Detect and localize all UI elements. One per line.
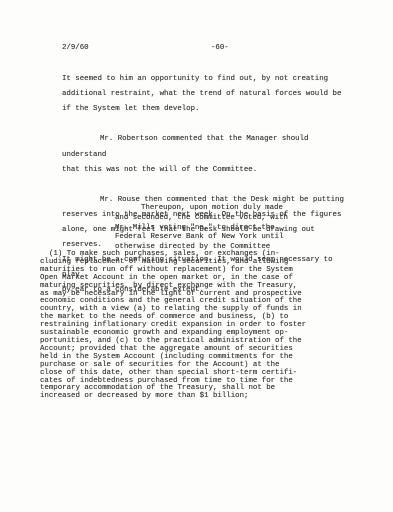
scanned-document-page: 2/9/60 -60- It seemed to him an opportun… xyxy=(0,0,393,512)
paragraph-robertson-comment: Mr. Robertson commented that the Manager… xyxy=(62,132,350,177)
document-date: 2/9/60 xyxy=(62,44,89,52)
committee-motion-text: Thereupon, upon motion duly made and sec… xyxy=(115,204,305,253)
directive-clause-1: (1) To make such purchases, sales, or ex… xyxy=(40,251,332,401)
paragraph-continuation: It seemed to him an opportunity to find … xyxy=(62,72,350,117)
page-number: -60- xyxy=(211,44,229,52)
